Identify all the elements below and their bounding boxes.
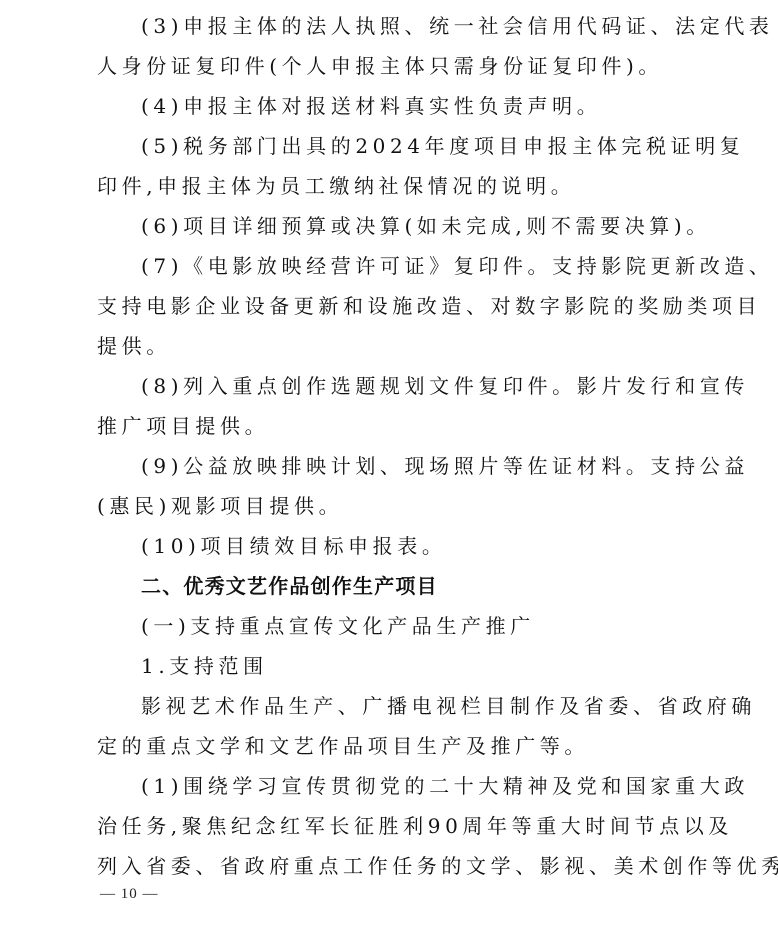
text-line: 提供。 [97, 326, 171, 366]
text-line: (6)项目详细预算或决算(如未完成,则不需要决算)。 [141, 206, 711, 246]
text-line: (惠民)观影项目提供。 [97, 486, 343, 526]
text-line: (9)公益放映排映计划、现场照片等佐证材料。支持公益 [141, 446, 749, 486]
text-line: (4)申报主体对报送材料真实性负责声明。 [141, 86, 601, 126]
section-heading: 二、优秀文艺作品创作生产项目 [141, 566, 438, 606]
page-number: — 10 — [100, 886, 159, 903]
text-line: 支持电影企业设备更新和设施改造、对数字影院的奖励类项目 [97, 286, 761, 326]
text-line: 治任务,聚焦纪念红军长征胜利90周年等重大时间节点以及 [97, 806, 733, 846]
text-line: 影视艺术作品生产、广播电视栏目制作及省委、省政府确 [141, 686, 756, 726]
text-line: 人身份证复印件(个人申报主体只需身份证复印件)。 [97, 46, 663, 86]
text-line: (1)围绕学习宣传贯彻党的二十大精神及党和国家重大政 [141, 766, 749, 806]
text-line: (5)税务部门出具的2024年度项目申报主体完税证明复 [141, 126, 744, 166]
text-line: 定的重点文学和文艺作品项目生产及推广等。 [97, 726, 589, 766]
text-line: (8)列入重点创作选题规划文件复印件。影片发行和宣传 [141, 366, 749, 406]
text-line: (10)项目绩效目标申报表。 [141, 526, 446, 566]
text-line: (7)《电影放映经营许可证》复印件。支持影院更新改造、 [141, 246, 774, 286]
text-line: 印件,申报主体为员工缴纳社保情况的说明。 [97, 166, 575, 206]
subsection-heading: (一)支持重点宣传文化产品生产推广 [141, 606, 535, 646]
text-line: 推广项目提供。 [97, 406, 269, 446]
text-line: 列入省委、省政府重点工作任务的文学、影视、美术创作等优秀 [97, 846, 778, 886]
text-line: (3)申报主体的法人执照、统一社会信用代码证、法定代表 [141, 6, 774, 46]
subsection-heading: 1.支持范围 [141, 646, 268, 686]
